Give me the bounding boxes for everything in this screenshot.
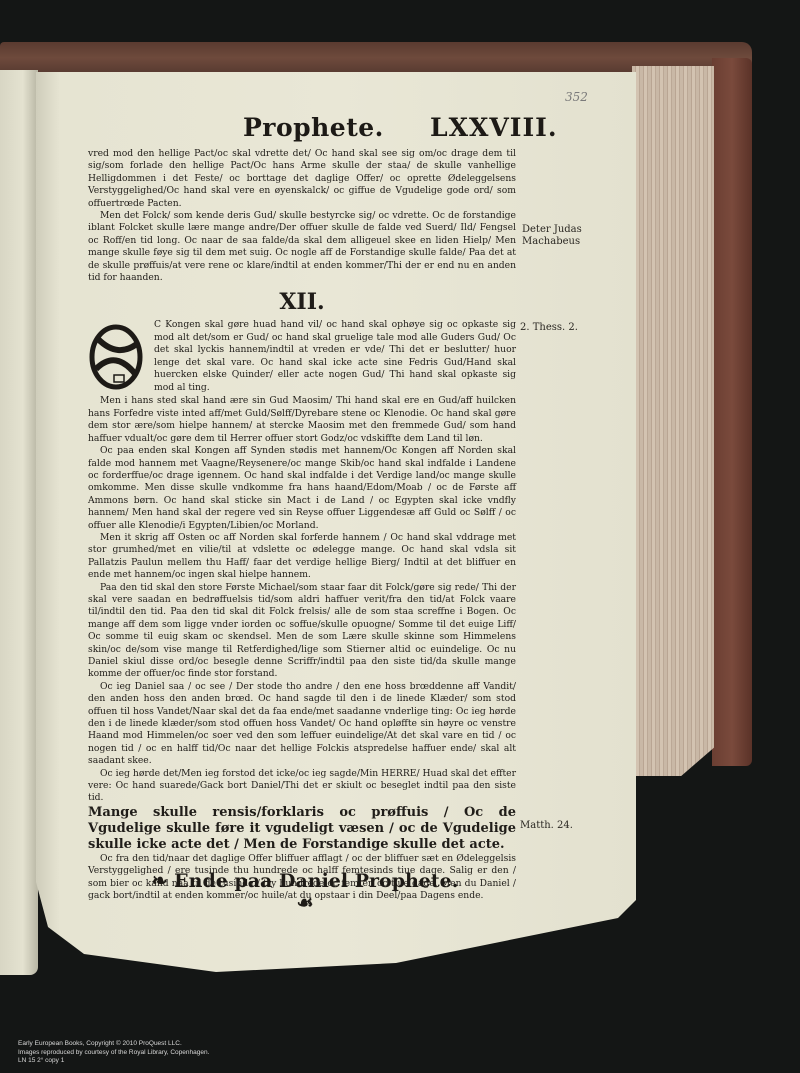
emphasis-text: Mange skulle rensis/forklaris oc prøffui… — [88, 805, 516, 853]
paragraph: Men it skrig aff Osten oc aff Norden ska… — [88, 532, 516, 582]
chapter-opening-text: C Kongen skal gøre huad hand vil/ oc han… — [154, 319, 516, 395]
margin-note: 2. Thess. 2. — [520, 322, 578, 334]
left-page-edge — [0, 70, 38, 975]
chapter-number: XII. — [88, 287, 516, 317]
paragraph: Oc paa enden skal Kongen aff Synden stød… — [88, 445, 516, 532]
paragraph: Paa den tid skal den store Første Michae… — [88, 582, 516, 681]
fleuron-left-icon: ❧ — [152, 870, 175, 892]
paragraph: Men det Folck/ som kende deris Gud/ skul… — [88, 210, 516, 284]
book-cover-right — [712, 58, 752, 766]
running-head: Prophete. — [243, 113, 384, 142]
decorated-initial-icon — [88, 319, 148, 395]
leaf-number: LXXVIII. — [430, 113, 558, 142]
margin-note: Matth. 24. — [520, 820, 573, 832]
paragraph: Oc ieg hørde det/Men ieg forstod det ick… — [88, 768, 516, 805]
colophon: ❧ Ende paa Daniel Prophete. ☙ — [140, 870, 470, 914]
margin-note: Deter Judas Machabeus — [522, 224, 582, 248]
chapter-opening: C Kongen skal gøre huad hand vil/ oc han… — [88, 319, 516, 395]
page-fore-edge — [632, 66, 714, 776]
paragraph: vred mod den hellige Pact/oc skal vdrett… — [88, 148, 516, 210]
paragraph: Oc ieg Daniel saa / oc see / Der stode t… — [88, 681, 516, 768]
copyright-footer: Early European Books, Copyright © 2010 P… — [18, 1040, 209, 1066]
fleuron-right-icon: ☙ — [296, 892, 313, 914]
main-text: vred mod den hellige Pact/oc skal vdrett… — [88, 148, 516, 903]
paragraph: Men i hans sted skal hand ære sin Gud Ma… — [88, 395, 516, 445]
folio-number: 352 — [565, 90, 588, 104]
